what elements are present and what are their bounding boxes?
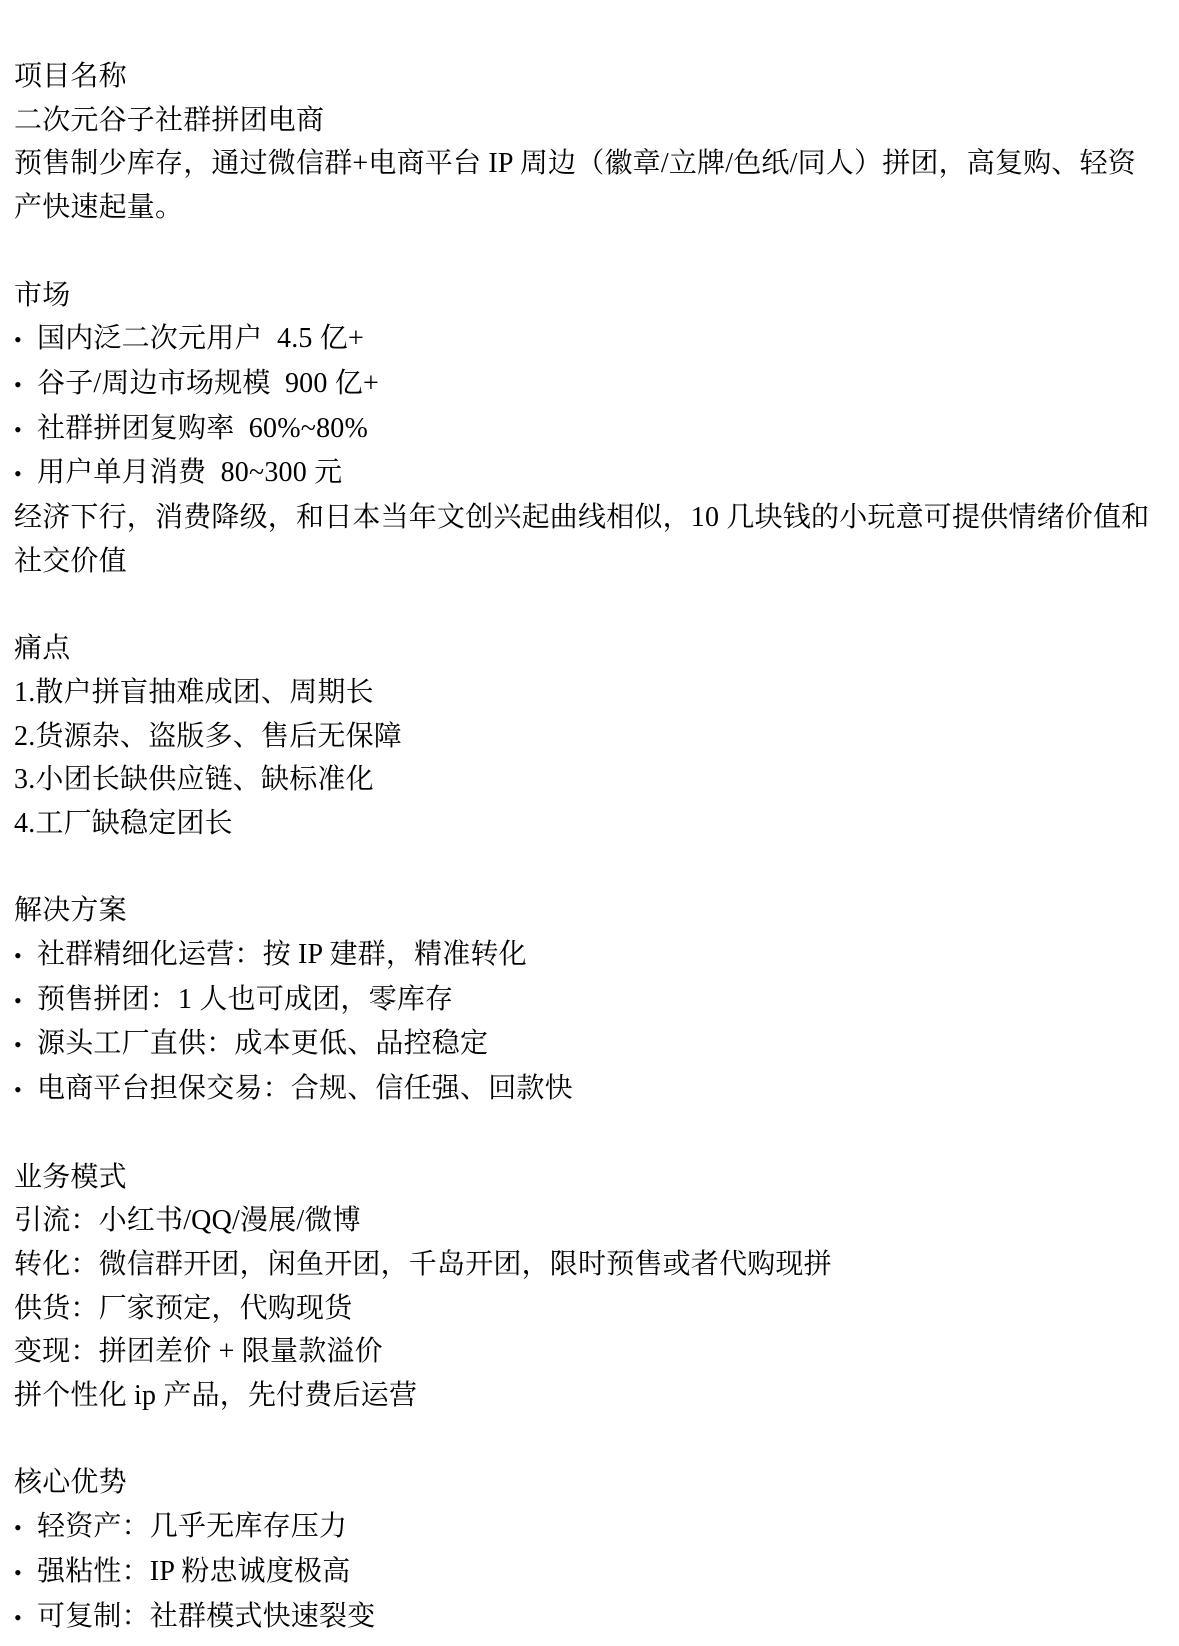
text-line: 二次元谷子社群拼团电商 [14,99,1167,143]
doc-section-4: 业务模式引流：小红书/QQ/漫展/微博转化：微信群开团，闲鱼开团，千岛开团，限时… [14,1156,1167,1418]
bullet-icon: • [14,363,37,407]
text-line: 引流：小红书/QQ/漫展/微博 [14,1199,1167,1243]
bullet-text: 源头工厂直供：成本更低、品控稳定 [37,1022,488,1066]
text-line: 供货：厂家预定，代购现货 [14,1287,1167,1331]
text-line: 1.散户拼盲抽难成团、周期长 [14,671,1167,715]
bullet-icon: • [14,934,37,978]
bullet-text: 社群拼团复购率 60%~80% [37,407,368,451]
bullet-line: •电商平台担保交易：合规、信任强、回款快 [14,1067,1167,1112]
bullet-icon: • [14,452,37,496]
bullet-icon: • [14,318,37,362]
doc-section-5: 核心优势•轻资产：几乎无库存压力•强粘性：IP 粉忠诚度极高•可复制：社群模式快… [14,1461,1167,1639]
text-line: 产快速起量。 [14,186,1167,230]
bullet-text: 预售拼团：1 人也可成团，零库存 [37,978,453,1022]
section-heading: 项目名称 [14,55,1167,99]
bullet-icon: • [14,1068,37,1112]
bullet-icon: • [14,1023,37,1067]
text-line: 拼个性化 ip 产品，先付费后运营 [14,1374,1167,1418]
bullet-line: •社群拼团复购率 60%~80% [14,407,1167,452]
doc-section-3: 解决方案•社群精细化运营：按 IP 建群，精准转化•预售拼团：1 人也可成团，零… [14,889,1167,1112]
bullet-icon: • [14,1551,37,1595]
text-line: 经济下行，消费降级，和日本当年文创兴起曲线相似，10 几块钱的小玩意可提供情绪价… [14,496,1167,540]
bullet-text: 社群精细化运营：按 IP 建群，精准转化 [37,933,527,977]
text-line: 4.工厂缺稳定团长 [14,802,1167,846]
document-page: 项目名称二次元谷子社群拼团电商预售制少库存，通过微信群+电商平台 IP 周边（徽… [0,0,1179,1639]
bullet-line: •可复制：社群模式快速裂变 [14,1595,1167,1640]
bullet-icon: • [14,979,37,1023]
doc-section-0: 项目名称二次元谷子社群拼团电商预售制少库存，通过微信群+电商平台 IP 周边（徽… [14,55,1167,230]
text-line: 社交价值 [14,540,1167,584]
bullet-text: 国内泛二次元用户 4.5 亿+ [37,317,364,361]
bullet-text: 轻资产：几乎无库存压力 [37,1505,347,1549]
text-line: 转化：微信群开团，闲鱼开团，千岛开团，限时预售或者代购现拼 [14,1243,1167,1287]
text-line: 3.小团长缺供应链、缺标准化 [14,758,1167,802]
bullet-line: •强粘性：IP 粉忠诚度极高 [14,1550,1167,1595]
bullet-icon: • [14,1596,37,1640]
section-heading: 解决方案 [14,889,1167,933]
section-heading: 核心优势 [14,1461,1167,1505]
doc-section-1: 市场•国内泛二次元用户 4.5 亿+•谷子/周边市场规模 900 亿+•社群拼团… [14,274,1167,584]
bullet-text: 谷子/周边市场规模 900 亿+ [37,362,379,406]
bullet-text: 电商平台担保交易：合规、信任强、回款快 [37,1067,573,1111]
section-heading: 业务模式 [14,1156,1167,1200]
bullet-line: •国内泛二次元用户 4.5 亿+ [14,317,1167,362]
bullet-icon: • [14,408,37,452]
bullet-line: •预售拼团：1 人也可成团，零库存 [14,978,1167,1023]
bullet-text: 用户单月消费 80~300 元 [37,451,342,495]
section-heading: 市场 [14,274,1167,318]
text-line: 变现：拼团差价 + 限量款溢价 [14,1330,1167,1374]
bullet-icon: • [14,1506,37,1550]
bullet-line: •轻资产：几乎无库存压力 [14,1505,1167,1550]
bullet-text: 强粘性：IP 粉忠诚度极高 [37,1550,350,1594]
text-line: 预售制少库存，通过微信群+电商平台 IP 周边（徽章/立牌/色纸/同人）拼团，高… [14,142,1167,186]
bullet-line: •社群精细化运营：按 IP 建群，精准转化 [14,933,1167,978]
doc-section-2: 痛点1.散户拼盲抽难成团、周期长2.货源杂、盗版多、售后无保障3.小团长缺供应链… [14,627,1167,846]
bullet-line: •用户单月消费 80~300 元 [14,451,1167,496]
bullet-text: 可复制：社群模式快速裂变 [37,1595,375,1639]
bullet-line: •源头工厂直供：成本更低、品控稳定 [14,1022,1167,1067]
text-line: 2.货源杂、盗版多、售后无保障 [14,715,1167,759]
bullet-line: •谷子/周边市场规模 900 亿+ [14,362,1167,407]
section-heading: 痛点 [14,627,1167,671]
